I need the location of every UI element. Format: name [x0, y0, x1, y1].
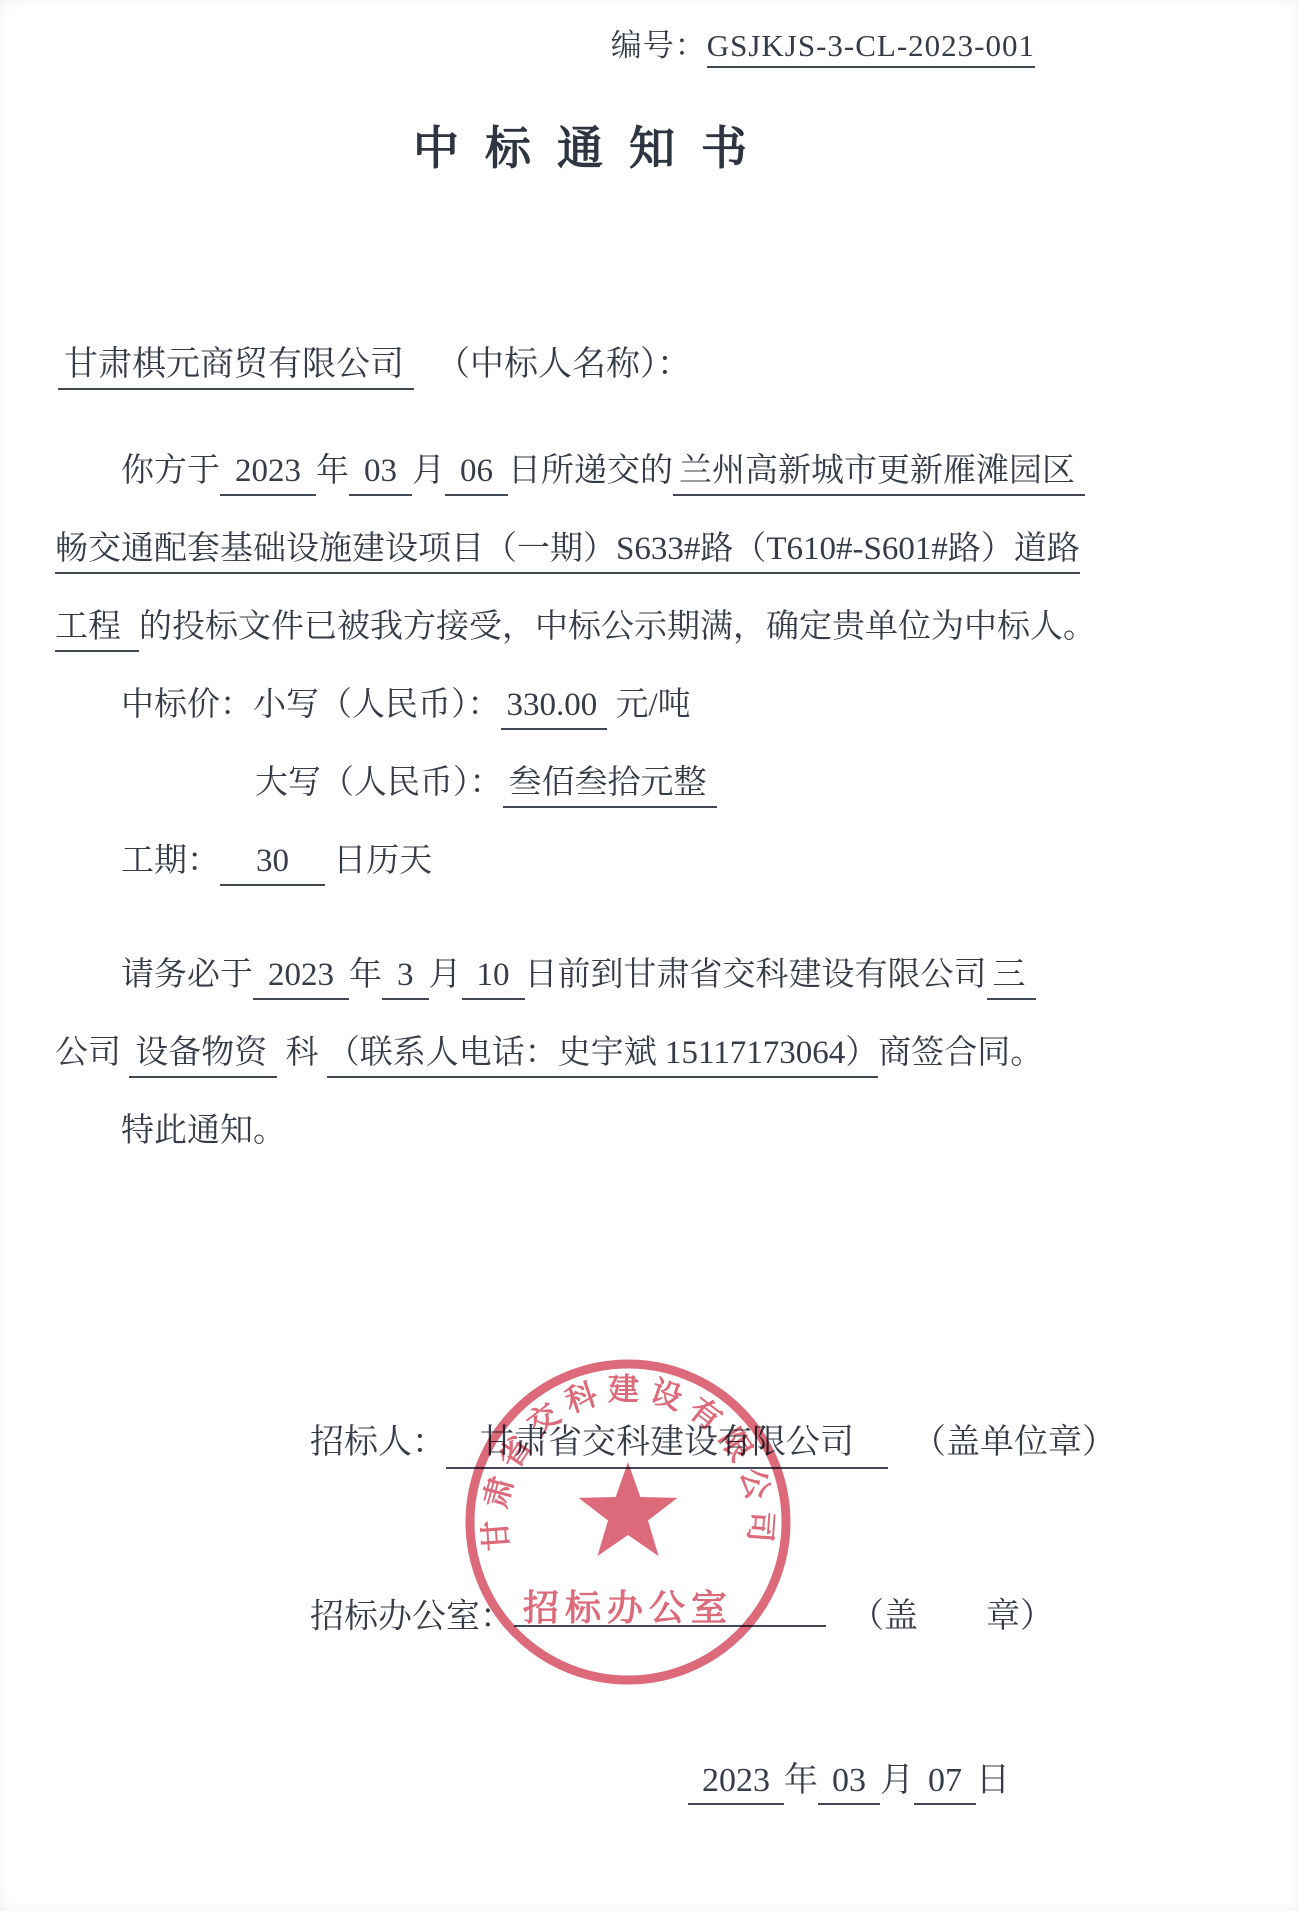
duration-value: 30	[220, 843, 325, 886]
body-line-1: 你方于2023年03月06日所递交的兰州高新城市更新雁滩园区	[55, 432, 1125, 510]
company-seal: 甘肃省交科建设有限公司 招标办公室	[458, 1352, 798, 1692]
addressee-label: （中标人名称）：	[436, 346, 691, 383]
issue-date-line: 2023年03月07日	[688, 1752, 1010, 1801]
notice-body: 你方于2023年03月06日所递交的兰州高新城市更新雁滩园区 畅交通配套基础设施…	[55, 432, 1125, 1170]
issue-year: 2023	[688, 1762, 784, 1805]
duration-line: 工期：30 日历天	[55, 822, 1125, 900]
body-line-8: 公司 设备物资 科 （联系人电话：史宇斌 15117173064）商签合同。	[55, 1014, 1125, 1092]
bidder-seal-note: （盖单位章）	[912, 1424, 1116, 1461]
office-signature-blank	[514, 1588, 826, 1627]
price-small-value: 330.00	[501, 687, 608, 730]
contact-info: （联系人电话：史宇斌 15117173064）	[327, 1035, 879, 1078]
body-line-3: 工程的投标文件已被我方接受，中标公示期满，确定贵单位为中标人。	[55, 588, 1125, 666]
office-signature-line: 招标办公室：（盖 章）	[310, 1588, 1054, 1637]
body-text: 科	[286, 1035, 319, 1071]
department-name: 设备物资	[129, 1035, 277, 1078]
bidder-signature-line: 招标人：甘肃省交科建设有限公司（盖单位章）	[310, 1414, 1116, 1463]
price-small-line: 中标价：小写（人民币）：330.00 元/吨	[55, 666, 1125, 744]
body-text: 你方于	[121, 453, 220, 489]
issue-year-label: 年	[784, 1762, 818, 1799]
body-text: 月	[412, 453, 445, 489]
body-text: 月	[429, 957, 462, 993]
submit-month: 03	[349, 453, 412, 496]
closing-line: 特此通知。	[55, 1092, 1125, 1170]
bidder-company-name: 甘肃省交科建设有限公司	[446, 1424, 888, 1469]
price-capital-line: 大写（人民币）：叁佰叁拾元整	[255, 744, 1125, 822]
duration-unit: 日历天	[333, 843, 432, 879]
project-name-part1: 兰州高新城市更新雁滩园区	[673, 453, 1085, 496]
body-line-7: 请务必于2023年3月10日前到甘肃省交科建设有限公司三	[55, 936, 1125, 1014]
body-text: 日所递交的	[508, 453, 673, 489]
doc-number-label: 编号：	[611, 28, 707, 63]
body-text: 的投标文件已被我方接受，中标公示期满，确定贵单位为中标人。	[139, 609, 1096, 645]
office-seal-note: （盖 章）	[850, 1598, 1054, 1635]
issue-day: 07	[914, 1762, 976, 1805]
submit-year: 2023	[220, 453, 316, 496]
branch-part2: 公司	[55, 1035, 121, 1071]
duration-label: 工期：	[121, 843, 220, 879]
body-text: 年	[316, 453, 349, 489]
submit-day: 06	[445, 453, 508, 496]
sign-month: 3	[382, 957, 429, 1000]
closing-text: 特此通知。	[121, 1113, 286, 1149]
addressee-line: 甘肃棋元商贸有限公司（中标人名称）：	[58, 336, 691, 385]
seal-star-icon	[579, 1462, 678, 1556]
body-text: 商签合同。	[878, 1035, 1043, 1071]
winner-company-name: 甘肃棋元商贸有限公司	[58, 346, 414, 390]
price-capital-value: 叁佰叁拾元整	[503, 765, 717, 808]
body-text: 请务必于	[121, 957, 253, 993]
office-label: 招标办公室：	[310, 1598, 514, 1635]
issue-month-label: 月	[880, 1762, 914, 1799]
price-small-label: 中标价：小写（人民币）：	[121, 687, 501, 723]
body-text: 日前到甘肃省交科建设有限公司	[525, 957, 987, 993]
body-text: 年	[349, 957, 382, 993]
price-small-unit: 元/吨	[616, 687, 691, 723]
issue-month: 03	[818, 1762, 880, 1805]
doc-number: 编号：GSJKJS-3-CL-2023-001	[611, 20, 1035, 65]
price-capital-label: 大写（人民币）：	[255, 765, 503, 801]
project-name-part3: 工程	[55, 609, 139, 652]
doc-number-value: GSJKJS-3-CL-2023-001	[707, 28, 1035, 68]
branch-part1: 三	[987, 957, 1036, 1000]
bidder-label: 招标人：	[310, 1424, 446, 1461]
award-notice-document: 编号：GSJKJS-3-CL-2023-001 中标通知书 甘肃棋元商贸有限公司…	[0, 0, 1299, 1911]
project-name-part2: 畅交通配套基础设施建设项目（一期）S633#路（T610#-S601#路）道路	[55, 531, 1080, 574]
body-line-2: 畅交通配套基础设施建设项目（一期）S633#路（T610#-S601#路）道路	[55, 510, 1125, 588]
sign-day: 10	[462, 957, 525, 1000]
issue-day-label: 日	[976, 1762, 1010, 1799]
sign-year: 2023	[253, 957, 349, 1000]
page-title: 中标通知书	[0, 112, 1160, 178]
